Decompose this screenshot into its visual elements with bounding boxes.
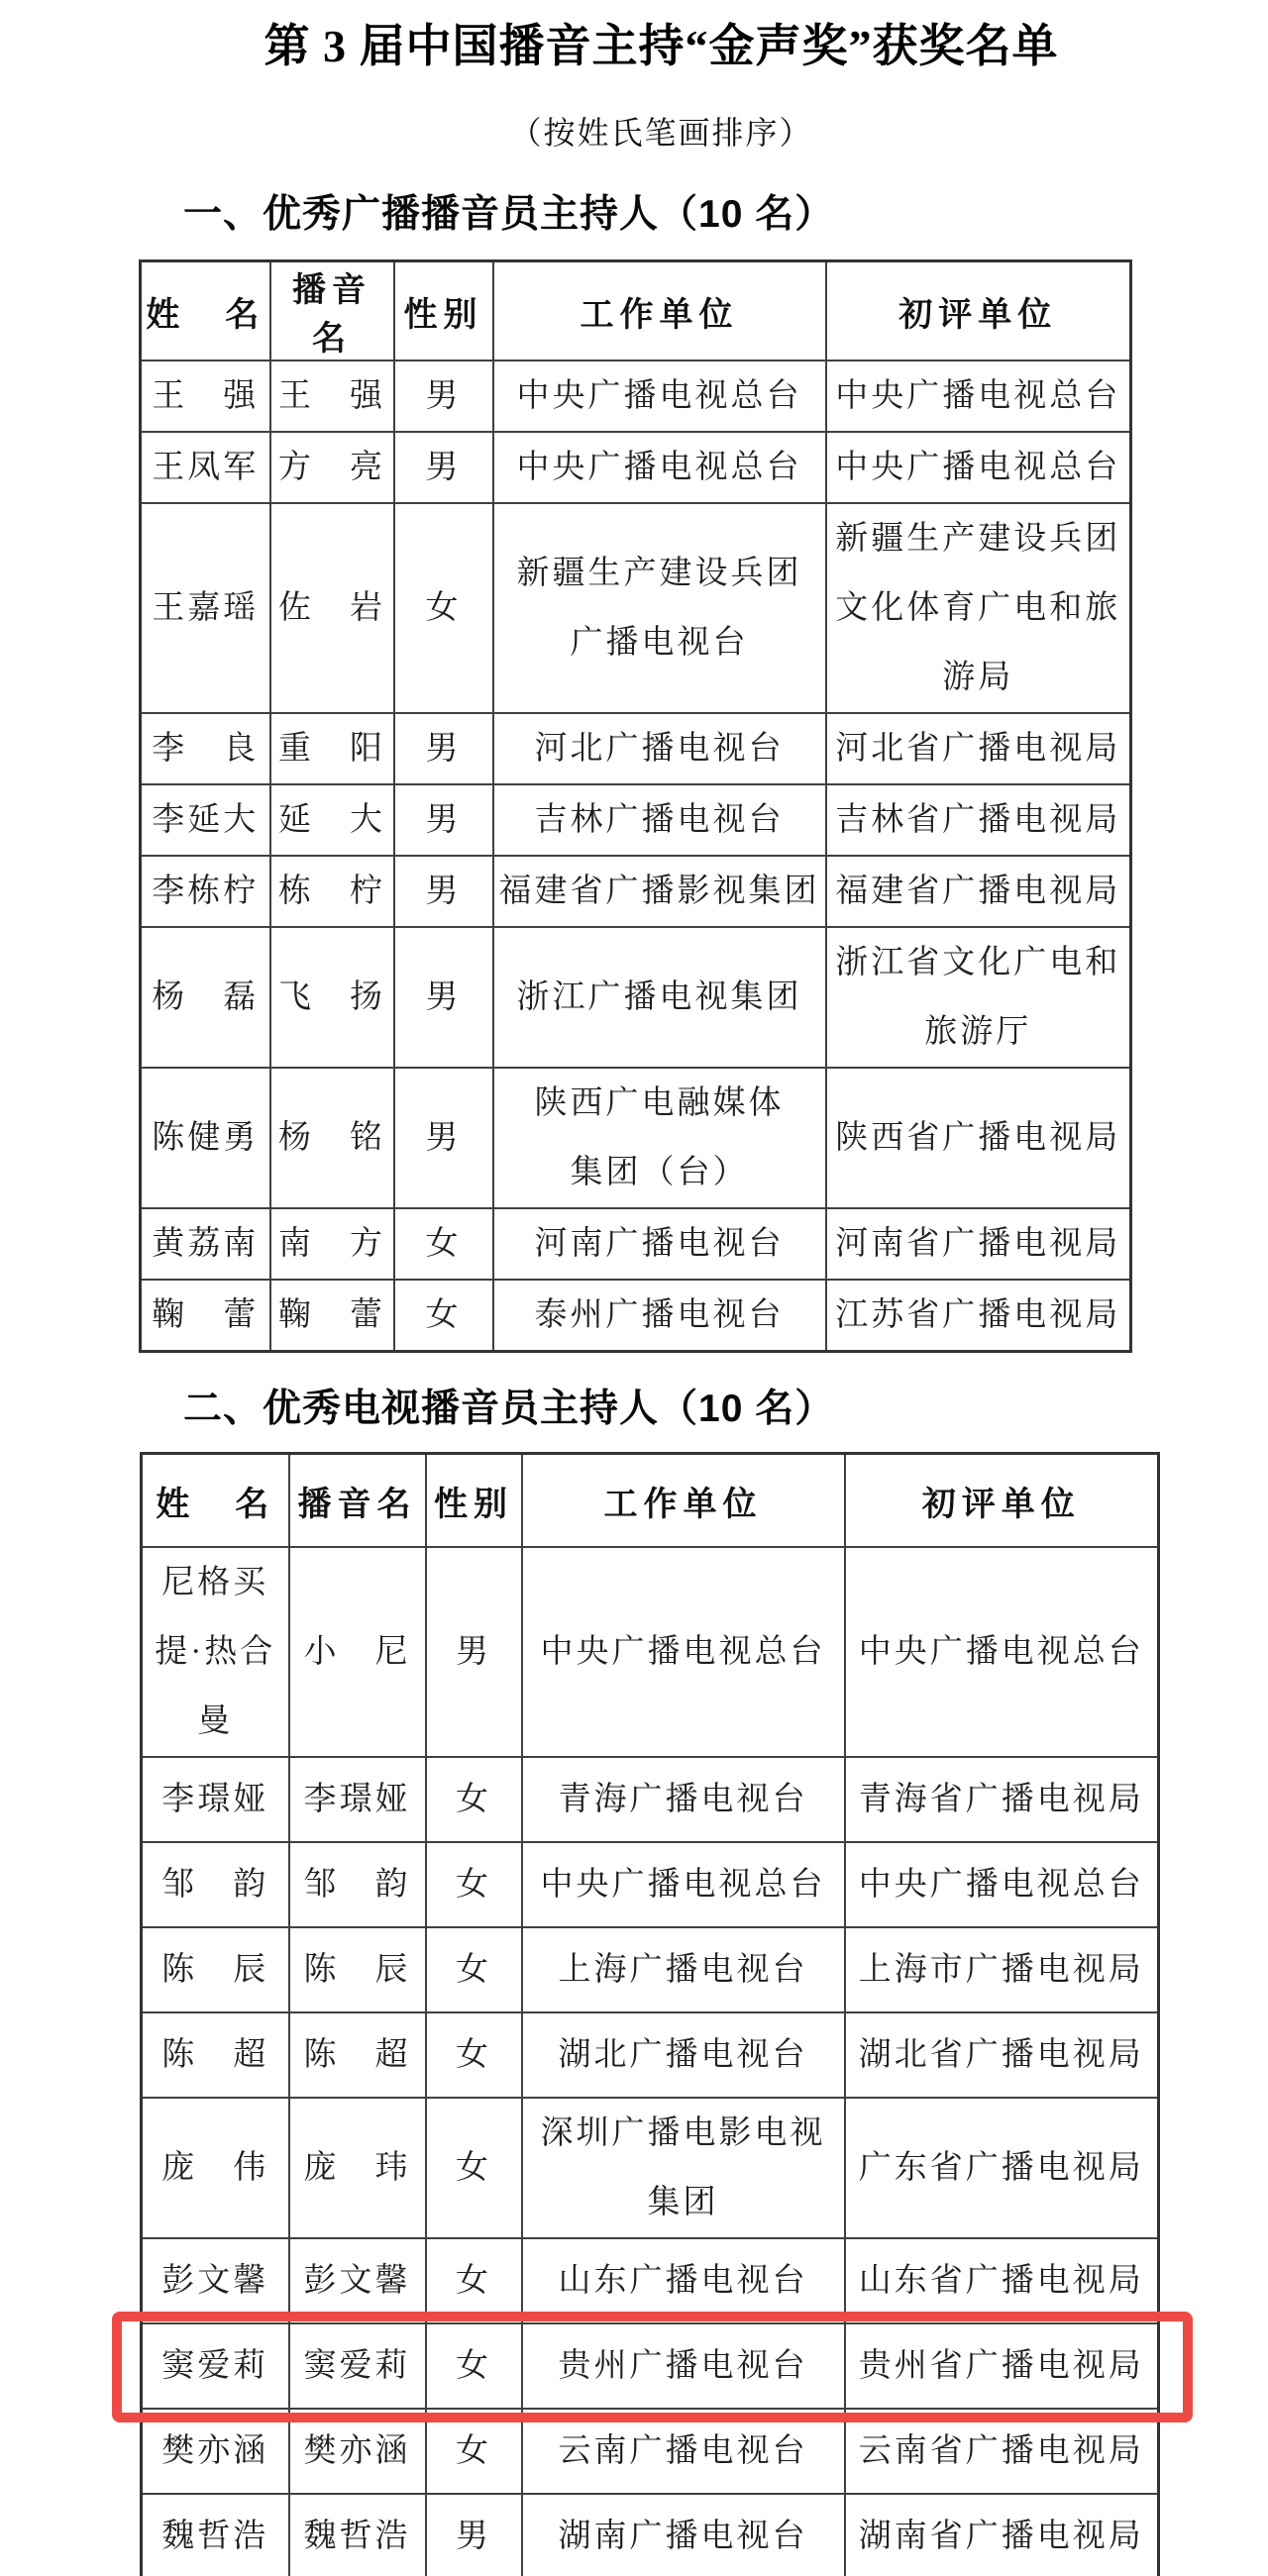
table-cell: 男 <box>394 856 493 927</box>
table-cell: 杨 磊 <box>141 927 270 1068</box>
column-header-name: 姓 名 <box>142 1454 289 1548</box>
table-cell: 方 亮 <box>270 432 394 503</box>
table-cell: 魏哲浩 <box>142 2494 289 2576</box>
table-cell: 福建省广播电视局 <box>826 856 1131 927</box>
table-cell: 江苏省广播电视局 <box>826 1280 1131 1352</box>
table-cell: 河南广播电视台 <box>493 1208 826 1280</box>
table-cell: 李璟娅 <box>142 1757 289 1842</box>
table-cell: 尼格买 提·热合 曼 <box>142 1547 289 1757</box>
table-row: 王 强王 强男中央广播电视总台中央广播电视总台 <box>141 361 1131 432</box>
table-cell: 陕西广电融媒体 集团（台） <box>493 1068 826 1208</box>
table-cell: 中央广播电视总台 <box>522 1547 845 1757</box>
table-row: 邹 韵邹 韵女中央广播电视总台中央广播电视总台 <box>142 1842 1159 1927</box>
table-cell: 男 <box>394 361 493 432</box>
table-cell: 中央广播电视总台 <box>845 1842 1159 1927</box>
column-header-name: 姓 名 <box>141 261 270 361</box>
table-cell: 福建省广播影视集团 <box>493 856 826 927</box>
table-cell: 浙江省文化广电和 旅游厅 <box>826 927 1131 1068</box>
table-cell: 女 <box>426 1927 522 2012</box>
table-cell: 陈 超 <box>289 2012 426 2098</box>
header-row: 姓 名 播音名 性别 工作单位 初评单位 <box>142 1454 1159 1548</box>
table-cell: 黄荔南 <box>141 1208 270 1280</box>
table-cell: 陕西省广播电视局 <box>826 1068 1131 1208</box>
table-row: 黄荔南南 方女河南广播电视台河南省广播电视局 <box>141 1208 1131 1280</box>
table-cell: 男 <box>426 2494 522 2576</box>
table-cell: 王 强 <box>270 361 394 432</box>
table-cell: 中央广播电视总台 <box>522 1842 845 1927</box>
table-cell: 樊亦涵 <box>289 2409 426 2494</box>
document-header: 第 3 届中国播音主持“金声奖”获奖名单 （按姓氏笔画排序） <box>0 16 1268 155</box>
table-cell: 王凤军 <box>141 432 270 503</box>
table-cell: 南 方 <box>270 1208 394 1280</box>
table-cell: 彭文馨 <box>142 2238 289 2323</box>
table-cell: 男 <box>394 1068 493 1208</box>
table-cell: 新疆生产建设兵团 广播电视台 <box>493 503 826 713</box>
section-heading-tv: 二、优秀电视播音员主持人（10 名） <box>183 1383 1268 1436</box>
table-row: 樊亦涵樊亦涵女云南广播电视台云南省广播电视局 <box>142 2409 1159 2494</box>
table-cell: 男 <box>394 432 493 503</box>
table-cell: 邹 韵 <box>289 1842 426 1927</box>
table-row: 陈 辰陈 辰女上海广播电视台上海市广播电视局 <box>142 1927 1159 2012</box>
table-cell: 女 <box>426 1842 522 1927</box>
table-cell: 李栋柠 <box>141 856 270 927</box>
table-cell: 青海省广播电视局 <box>845 1757 1159 1842</box>
table-cell: 河南省广播电视局 <box>826 1208 1131 1280</box>
table-row: 王嘉瑶佐 岩女新疆生产建设兵团 广播电视台新疆生产建设兵团 文化体育广电和旅 游… <box>141 503 1131 713</box>
table-cell: 樊亦涵 <box>142 2409 289 2494</box>
table-cell: 飞 扬 <box>270 927 394 1068</box>
table-body: 王 强王 强男中央广播电视总台中央广播电视总台王凤军方 亮男中央广播电视总台中央… <box>141 361 1131 1352</box>
table-cell: 李璟娅 <box>289 1757 426 1842</box>
table-cell: 女 <box>426 1757 522 1842</box>
table-cell: 女 <box>426 2409 522 2494</box>
column-header-work-unit: 工作单位 <box>522 1454 845 1548</box>
table-row: 李璟娅李璟娅女青海广播电视台青海省广播电视局 <box>142 1757 1159 1842</box>
table-cell: 女 <box>394 1280 493 1352</box>
header-row: 姓 名 播音名 性别 工作单位 初评单位 <box>141 261 1131 361</box>
table-cell: 男 <box>394 784 493 856</box>
table-row: 彭文馨彭文馨女山东广播电视台山东省广播电视局 <box>142 2238 1159 2323</box>
column-header-review-unit: 初评单位 <box>826 261 1131 361</box>
radio-table-wrap: 姓 名 播音名 性别 工作单位 初评单位 王 强王 强男中央广播电视总台中央广播… <box>0 259 1268 1353</box>
table-cell: 王嘉瑶 <box>141 503 270 713</box>
table-cell: 小 尼 <box>289 1547 426 1757</box>
column-header-broadcast-name: 播音名 <box>270 261 394 361</box>
table-header: 姓 名 播音名 性别 工作单位 初评单位 <box>141 261 1131 361</box>
table-cell: 李延大 <box>141 784 270 856</box>
table-cell: 深圳广播电影电视 集团 <box>522 2098 845 2238</box>
table-row: 王凤军方 亮男中央广播电视总台中央广播电视总台 <box>141 432 1131 503</box>
table-row: 庞 伟庞 玮女深圳广播电影电视 集团广东省广播电视局 <box>142 2098 1159 2238</box>
table-row: 陈健勇杨 铭男陕西广电融媒体 集团（台）陕西省广播电视局 <box>141 1068 1131 1208</box>
table-cell: 女 <box>426 2238 522 2323</box>
table-cell: 青海广播电视台 <box>522 1757 845 1842</box>
table-cell: 陈健勇 <box>141 1068 270 1208</box>
table-cell: 男 <box>394 927 493 1068</box>
table-cell: 吉林省广播电视局 <box>826 784 1131 856</box>
tv-winners-table: 姓 名 播音名 性别 工作单位 初评单位 尼格买 提·热合 曼小 尼男中央广播电… <box>140 1452 1160 2576</box>
table-cell: 山东广播电视台 <box>522 2238 845 2323</box>
table-cell: 云南省广播电视局 <box>845 2409 1159 2494</box>
table-cell: 窦爱莉 <box>289 2323 426 2409</box>
table-row: 窦爱莉窦爱莉女贵州广播电视台贵州省广播电视局 <box>142 2323 1159 2409</box>
table-cell: 女 <box>394 503 493 713</box>
table-cell: 陈 超 <box>142 2012 289 2098</box>
table-cell: 重 阳 <box>270 713 394 784</box>
table-cell: 广东省广播电视局 <box>845 2098 1159 2238</box>
table-row: 杨 磊飞 扬男浙江广播电视集团浙江省文化广电和 旅游厅 <box>141 927 1131 1068</box>
table-row: 鞠 蕾鞠 蕾女泰州广播电视台江苏省广播电视局 <box>141 1280 1131 1352</box>
table-cell: 女 <box>426 2012 522 2098</box>
table-row: 尼格买 提·热合 曼小 尼男中央广播电视总台中央广播电视总台 <box>142 1547 1159 1757</box>
table-cell: 庞 伟 <box>142 2098 289 2238</box>
table-cell: 中央广播电视总台 <box>826 432 1131 503</box>
table-cell: 贵州广播电视台 <box>522 2323 845 2409</box>
column-header-gender: 性别 <box>394 261 493 361</box>
table-cell: 湖北省广播电视局 <box>845 2012 1159 2098</box>
column-header-work-unit: 工作单位 <box>493 261 826 361</box>
table-cell: 李 良 <box>141 713 270 784</box>
table-cell: 佐 岩 <box>270 503 394 713</box>
table-cell: 山东省广播电视局 <box>845 2238 1159 2323</box>
table-cell: 贵州省广播电视局 <box>845 2323 1159 2409</box>
document: 第 3 届中国播音主持“金声奖”获奖名单 （按姓氏笔画排序） 一、优秀广播播音员… <box>0 16 1268 2576</box>
column-header-gender: 性别 <box>426 1454 522 1548</box>
radio-winners-table: 姓 名 播音名 性别 工作单位 初评单位 王 强王 强男中央广播电视总台中央广播… <box>139 259 1132 1353</box>
table-row: 陈 超陈 超女湖北广播电视台湖北省广播电视局 <box>142 2012 1159 2098</box>
column-header-review-unit: 初评单位 <box>845 1454 1159 1548</box>
table-cell: 中央广播电视总台 <box>493 361 826 432</box>
table-cell: 中央广播电视总台 <box>845 1547 1159 1757</box>
table-cell: 中央广播电视总台 <box>826 361 1131 432</box>
table-cell: 河北广播电视台 <box>493 713 826 784</box>
table-cell: 庞 玮 <box>289 2098 426 2238</box>
table-cell: 延 大 <box>270 784 394 856</box>
table-cell: 湖南广播电视台 <box>522 2494 845 2576</box>
table-cell: 湖南省广播电视局 <box>845 2494 1159 2576</box>
table-cell: 陈 辰 <box>289 1927 426 2012</box>
table-cell: 彭文馨 <box>289 2238 426 2323</box>
table-cell: 魏哲浩 <box>289 2494 426 2576</box>
table-cell: 上海市广播电视局 <box>845 1927 1159 2012</box>
table-cell: 陈 辰 <box>142 1927 289 2012</box>
table-row: 李栋柠栋 柠男福建省广播影视集团福建省广播电视局 <box>141 856 1131 927</box>
column-header-broadcast-name: 播音名 <box>289 1454 426 1548</box>
tv-table-wrap: 姓 名 播音名 性别 工作单位 初评单位 尼格买 提·热合 曼小 尼男中央广播电… <box>0 1452 1268 2576</box>
page-subtitle: （按姓氏笔画排序） <box>54 111 1268 155</box>
table-cell: 泰州广播电视台 <box>493 1280 826 1352</box>
table-cell: 邹 韵 <box>142 1842 289 1927</box>
table-cell: 杨 铭 <box>270 1068 394 1208</box>
table-header: 姓 名 播音名 性别 工作单位 初评单位 <box>142 1454 1159 1548</box>
table-cell: 栋 柠 <box>270 856 394 927</box>
table-cell: 女 <box>426 2098 522 2238</box>
table-row: 李延大延 大男吉林广播电视台吉林省广播电视局 <box>141 784 1131 856</box>
page-title: 第 3 届中国播音主持“金声奖”获奖名单 <box>54 16 1268 77</box>
table-body: 尼格买 提·热合 曼小 尼男中央广播电视总台中央广播电视总台李璟娅李璟娅女青海广… <box>142 1547 1159 2576</box>
section-heading-radio: 一、优秀广播播音员主持人（10 名） <box>183 188 1268 242</box>
table-cell: 云南广播电视台 <box>522 2409 845 2494</box>
table-cell: 女 <box>426 2323 522 2409</box>
table-cell: 中央广播电视总台 <box>493 432 826 503</box>
table-row: 李 良重 阳男河北广播电视台河北省广播电视局 <box>141 713 1131 784</box>
table-cell: 窦爱莉 <box>142 2323 289 2409</box>
table-cell: 男 <box>394 713 493 784</box>
table-cell: 王 强 <box>141 361 270 432</box>
table-cell: 男 <box>426 1547 522 1757</box>
table-row: 魏哲浩魏哲浩男湖南广播电视台湖南省广播电视局 <box>142 2494 1159 2576</box>
table-cell: 湖北广播电视台 <box>522 2012 845 2098</box>
table-cell: 鞠 蕾 <box>270 1280 394 1352</box>
table-cell: 女 <box>394 1208 493 1280</box>
table-cell: 鞠 蕾 <box>141 1280 270 1352</box>
table-cell: 吉林广播电视台 <box>493 784 826 856</box>
table-cell: 浙江广播电视集团 <box>493 927 826 1068</box>
table-cell: 河北省广播电视局 <box>826 713 1131 784</box>
table-cell: 新疆生产建设兵团 文化体育广电和旅 游局 <box>826 503 1131 713</box>
table-cell: 上海广播电视台 <box>522 1927 845 2012</box>
